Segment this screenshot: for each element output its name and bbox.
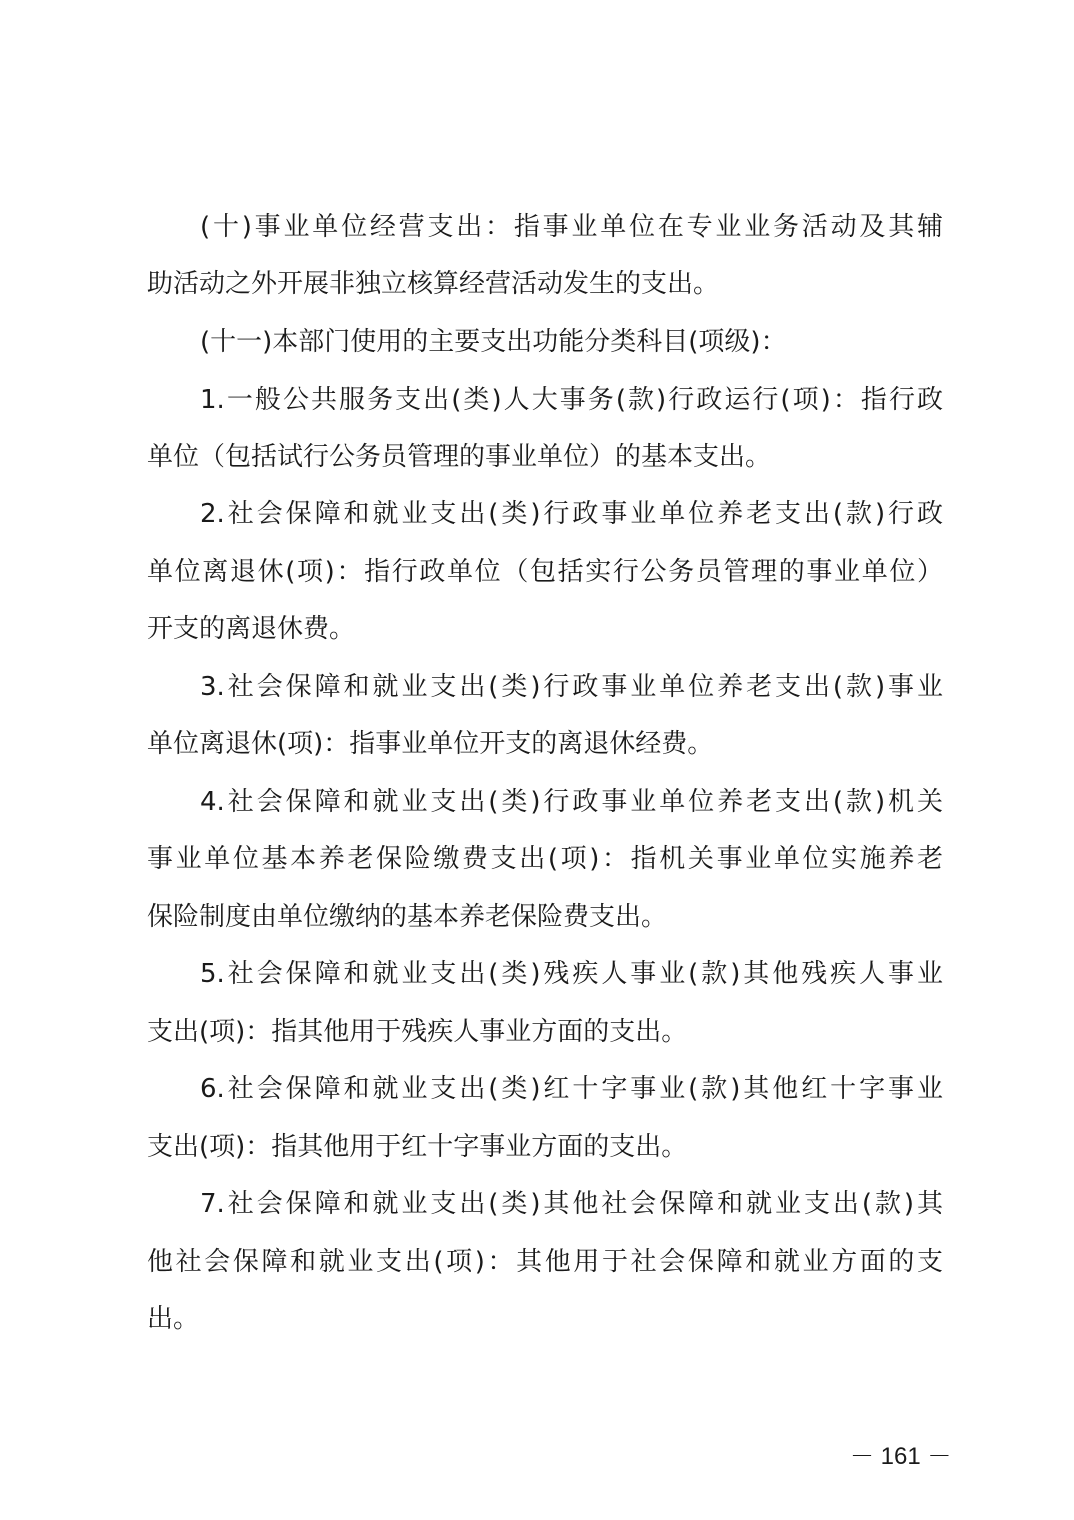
paragraph-line: (十)事业单位经营支出：指事业单位在专业业务活动及其辅 [200, 207, 943, 247]
paragraph-line: 助活动之外开展非独立核算经营活动发生的支出。 [147, 264, 943, 304]
list-item-7-line: 7.社会保障和就业支出(类)其他社会保障和就业支出(款)其 [200, 1184, 943, 1224]
list-item-6-line: 6.社会保障和就业支出(类)红十字事业(款)其他红十字事业 [200, 1069, 943, 1109]
list-item-5-line: 支出(项)：指其他用于残疾人事业方面的支出。 [147, 1012, 943, 1052]
list-item-2-line: 开支的离退休费。 [147, 609, 943, 649]
list-item-3-line: 3.社会保障和就业支出(类)行政事业单位养老支出(款)事业 [200, 667, 943, 707]
list-item-4-line: 事业单位基本养老保险缴费支出(项)：指机关事业单位实施养老 [147, 839, 943, 879]
list-item-3-line: 单位离退休(项)：指事业单位开支的离退休经费。 [147, 724, 943, 764]
list-item-4-line: 4.社会保障和就业支出(类)行政事业单位养老支出(款)机关 [200, 782, 943, 822]
list-item-7-line: 他社会保障和就业支出(项)：其他用于社会保障和就业方面的支 [147, 1242, 943, 1282]
document-page: (十)事业单位经营支出：指事业单位在专业业务活动及其辅 助活动之外开展非独立核算… [0, 0, 1074, 1520]
list-item-2-line: 单位离退休(项)：指行政单位（包括实行公务员管理的事业单位） [147, 552, 943, 592]
list-item-1-line: 单位（包括试行公务员管理的事业单位）的基本支出。 [147, 437, 943, 477]
section-heading: (十一)本部门使用的主要支出功能分类科目(项级)： [200, 322, 943, 362]
list-item-7-line: 出。 [147, 1299, 943, 1339]
list-item-5-line: 5.社会保障和就业支出(类)残疾人事业(款)其他残疾人事业 [200, 954, 943, 994]
page-number: － 161 － [850, 1442, 951, 1472]
list-item-6-line: 支出(项)：指其他用于红十字事业方面的支出。 [147, 1127, 943, 1167]
list-item-2-line: 2.社会保障和就业支出(类)行政事业单位养老支出(款)行政 [200, 494, 943, 534]
list-item-4-line: 保险制度由单位缴纳的基本养老保险费支出。 [147, 897, 943, 937]
list-item-1-line: 1.一般公共服务支出(类)人大事务(款)行政运行(项)：指行政 [200, 380, 943, 420]
